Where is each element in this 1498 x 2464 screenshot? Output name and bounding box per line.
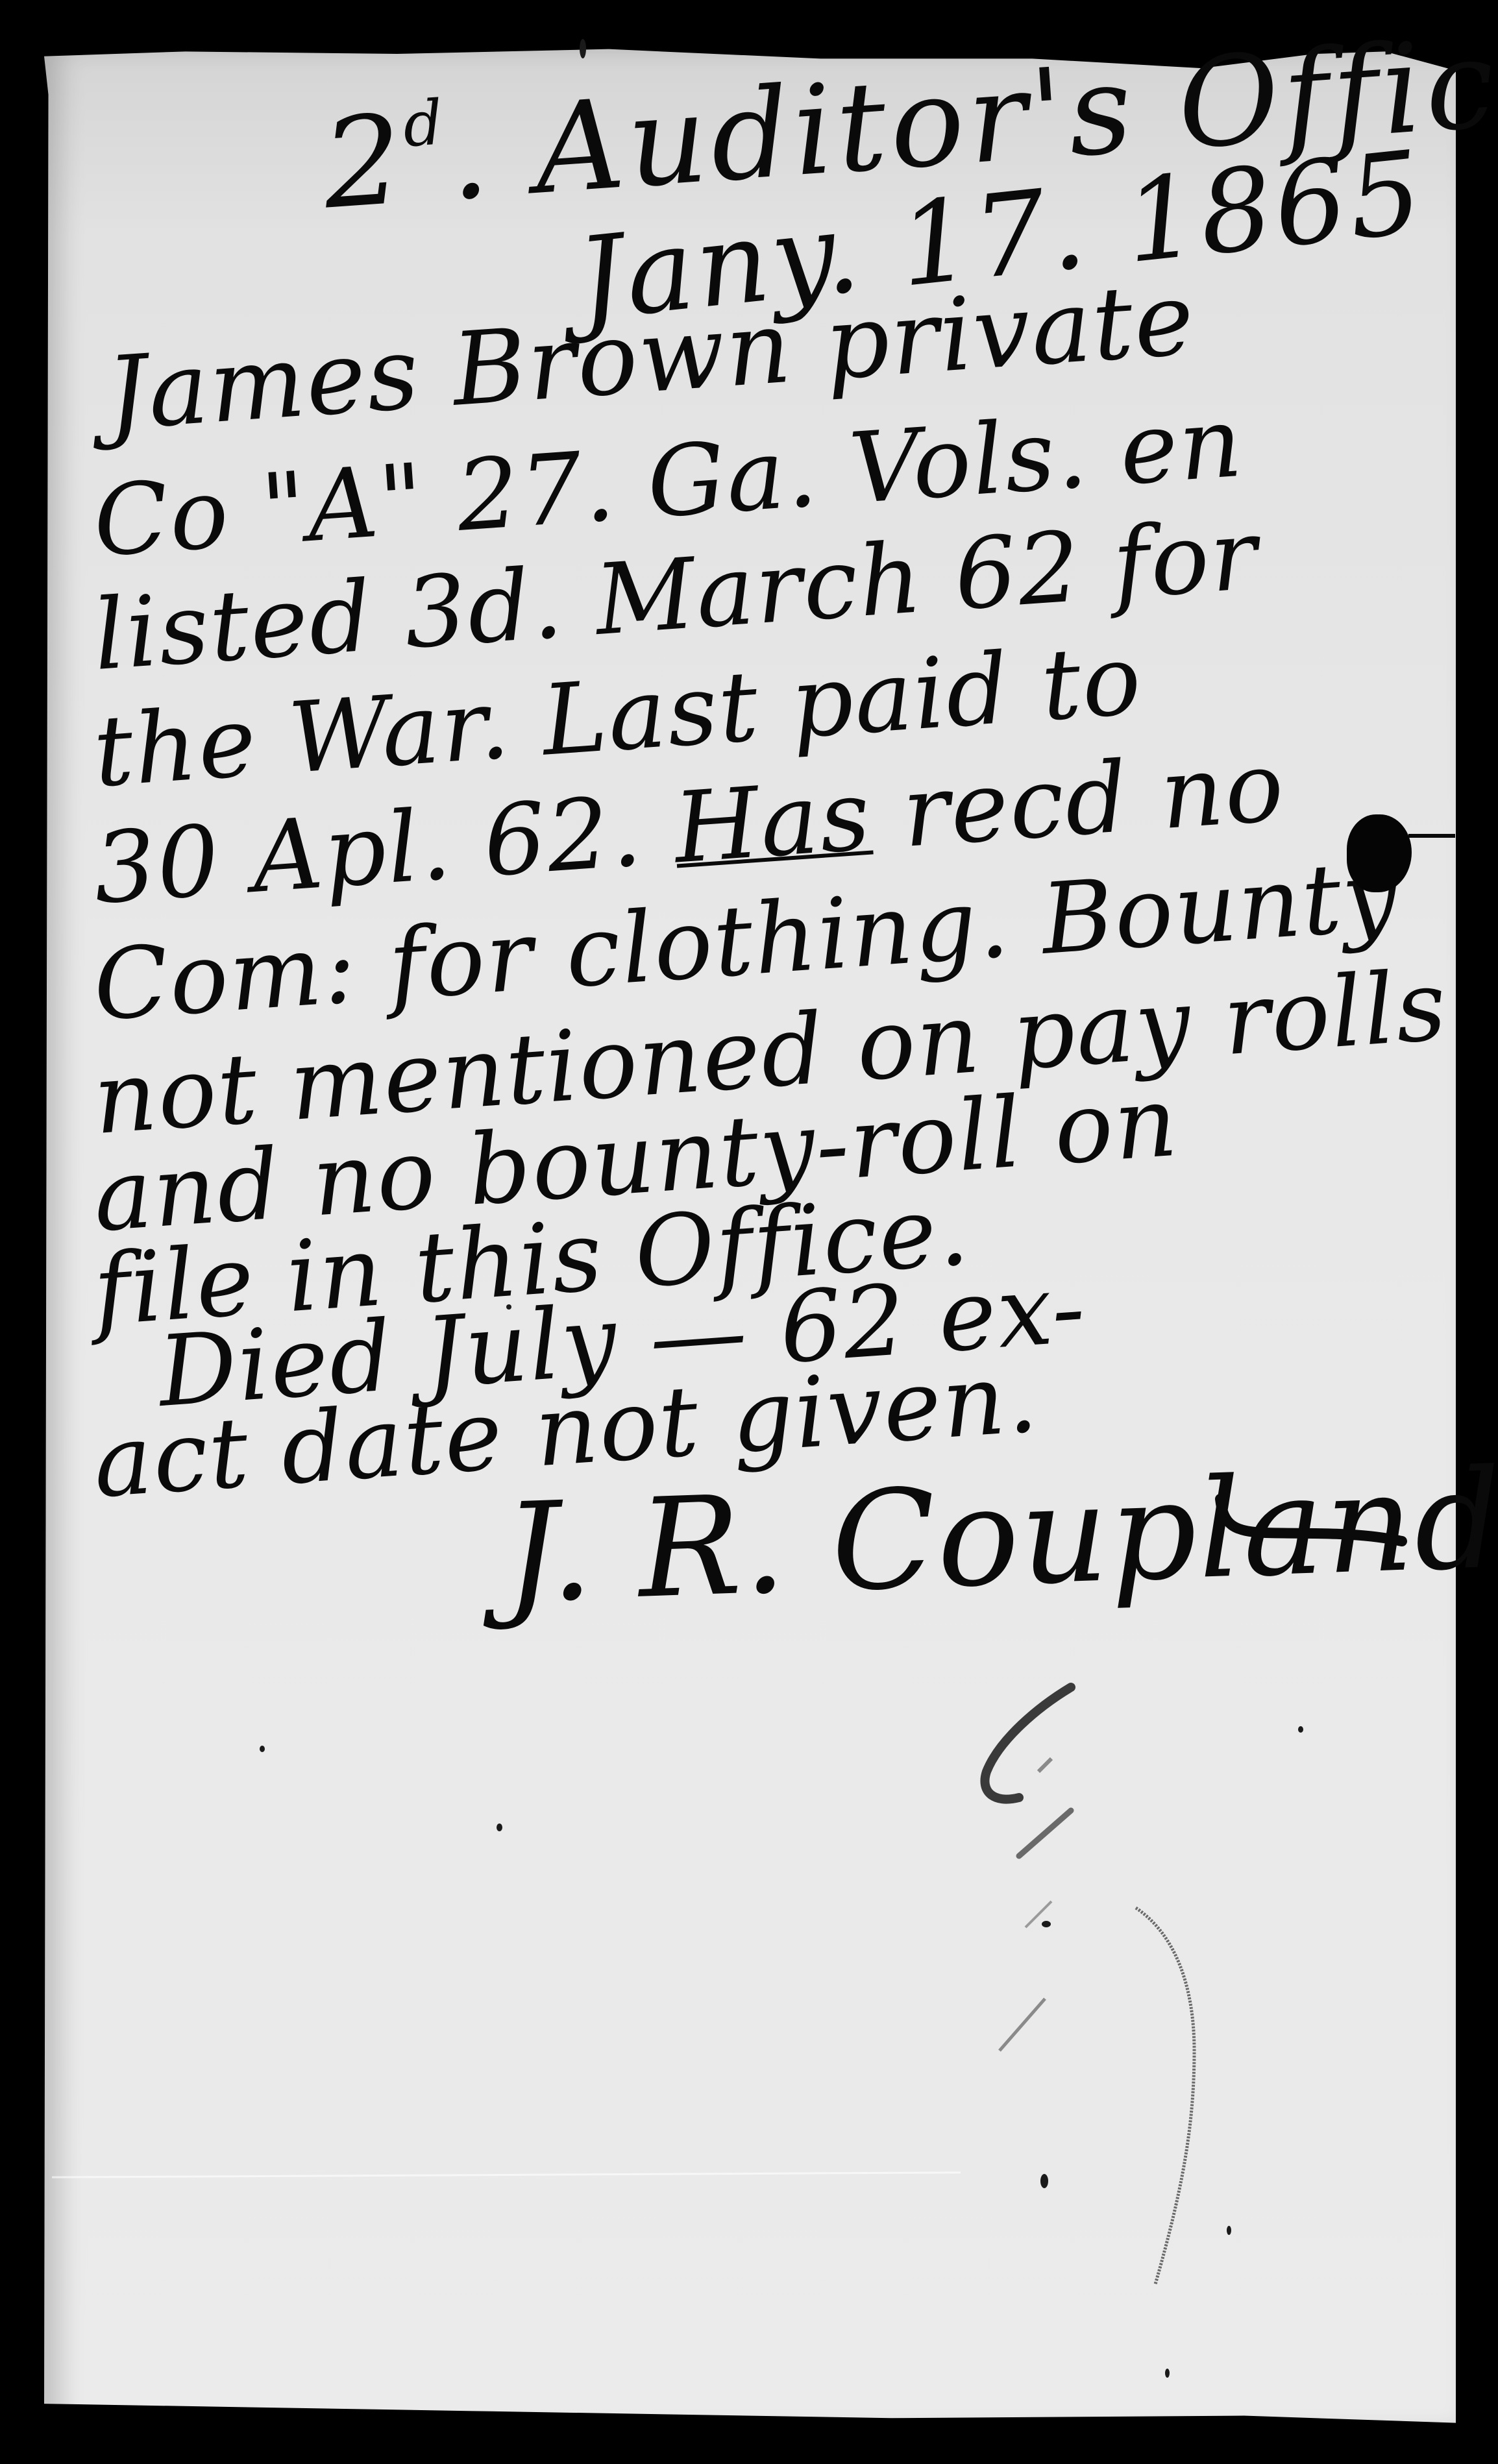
office-ordinal: 2 — [319, 88, 411, 236]
has-underlined: Has — [670, 759, 875, 886]
signature-flourish-icon — [1214, 1493, 1408, 1551]
ink-speck — [1227, 2226, 1231, 2235]
ink-speck — [260, 1746, 265, 1752]
ink-speck — [1298, 1726, 1303, 1733]
ink-speck — [497, 1824, 502, 1831]
office-ordinal-suffix: d — [400, 87, 448, 161]
pencil-annotation-icon — [922, 1661, 1246, 2343]
ink-speck — [506, 1304, 511, 1310]
ink-speck — [580, 39, 586, 58]
ink-blot-stroke — [1408, 834, 1455, 838]
ink-speck — [1042, 1921, 1051, 1927]
ink-speck — [1165, 2369, 1170, 2378]
ink-speck — [1040, 2174, 1048, 2188]
